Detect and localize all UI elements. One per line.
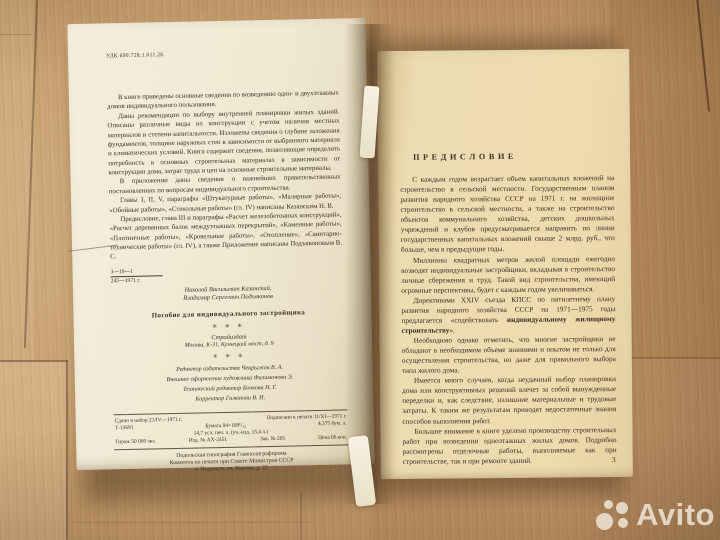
- preface-paragraph: Миллионы квадратных метров жилой площади…: [401, 254, 615, 296]
- imprint-cell: Цена 66 коп.: [318, 434, 347, 442]
- floor-seam: [300, 492, 302, 540]
- editorial-staff: Редактор издательства Чекрыжов В. А. Вне…: [113, 362, 348, 406]
- floor-seam: [66, 360, 68, 540]
- imprint-cell: Т-13691: [115, 425, 134, 432]
- floor-plank: [0, 362, 68, 540]
- annotation-paragraph: Даны рекомендации по выбору внутренней п…: [107, 107, 340, 177]
- preface-paragraph: Директивами XXIV съезда КПСС по пятилетн…: [401, 294, 615, 336]
- preface-paragraph: Необходимо однако отметить, что многие з…: [402, 334, 616, 376]
- preface-paragraph-post: ».: [449, 325, 455, 334]
- page-number: 3: [612, 455, 616, 464]
- annotation-paragraph: Предисловие, глава III и параграфы «Расч…: [109, 210, 342, 262]
- authors: Николай Васильевич Казанский, Владимир С…: [111, 283, 345, 305]
- imprint-cell: 4,375 бум. л.: [318, 420, 347, 428]
- imprint-cell: Изд. № АХ-2451: [189, 437, 227, 445]
- asterisk-divider: ✳ ✳ ✳: [112, 350, 346, 362]
- preface-paragraph: Имеется много случаев, когда неудачный в…: [402, 374, 616, 426]
- preface-text: С каждым годом возрастает объем капиталь…: [400, 173, 617, 467]
- preface-paragraph: С каждым годом возрастает объем капиталь…: [400, 173, 615, 255]
- floor-seam: [0, 360, 68, 362]
- udk-number: УДК 690:728.1.011.26: [106, 48, 340, 59]
- preface-heading: ПРЕДИСЛОВИЕ: [413, 151, 614, 162]
- right-page: ПРЕДИСЛОВИЕ С каждым годом возрастает об…: [377, 49, 633, 479]
- edition-code: 3—19—1 245—1971 г.: [111, 268, 163, 285]
- preface-paragraph: Большое внимание в книге уделено произво…: [402, 425, 616, 467]
- imprint-box: Сдано в набор 21/IV—1971 г. Подписано к …: [114, 410, 349, 450]
- avito-watermark: Avito: [596, 497, 715, 533]
- floor-seam: [70, 522, 310, 523]
- left-page: УДК 690:728.1.011.26 В книге приведены о…: [67, 18, 374, 470]
- edition-code-bottom: 245—1971 г.: [111, 275, 163, 285]
- annotation-block: В книге приведены основные сведения по в…: [107, 88, 342, 262]
- imprint-cell: Зак. № 205: [260, 436, 285, 444]
- floor-seam: [0, 34, 31, 35]
- asterisk-divider: ✳ ✳ ✳: [112, 320, 346, 332]
- book-title: Пособие для индивидуального застройщика: [111, 308, 345, 320]
- imprint-cell: Сдано в набор 21/IV—1971 г.: [115, 417, 182, 425]
- imprint-cell: Тираж 50 000 экз.: [115, 438, 156, 446]
- avito-logo-icon: [596, 498, 631, 533]
- avito-watermark-label: Avito: [636, 497, 715, 533]
